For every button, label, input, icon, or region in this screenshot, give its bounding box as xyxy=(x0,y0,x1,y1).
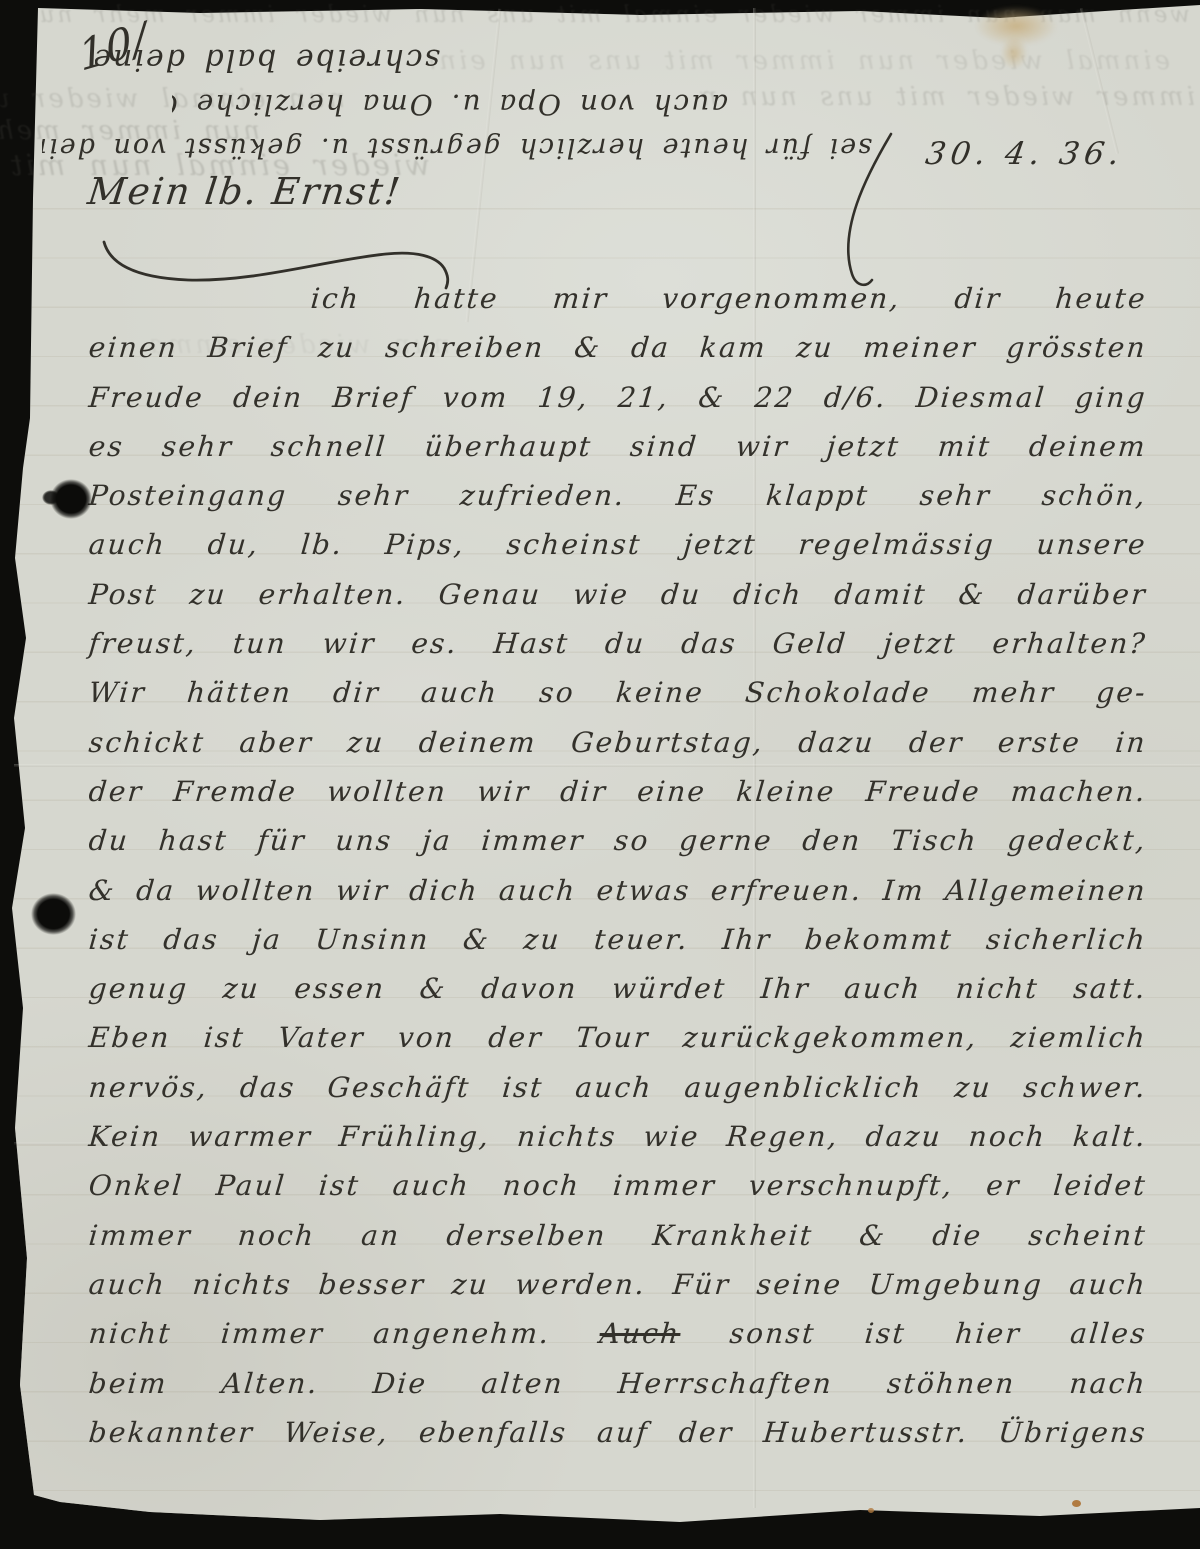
punch-hole-top-tear xyxy=(42,490,60,505)
inverted-closing-line-long: sei für heute herzlich gegrüsst u. geküs… xyxy=(42,132,872,163)
body-line: Post zu erhalten. Genau wie du dich dami… xyxy=(86,578,1148,627)
body-line: auch nichts besser zu werden. Für seine … xyxy=(86,1268,1148,1317)
ghost-text: einmal wieder nun immer mit uns nun einm… xyxy=(430,46,1170,76)
body-line: beim Alten. Die alten Herrschaften stöhn… xyxy=(86,1367,1148,1416)
salutation: Mein lb. Ernst! xyxy=(85,170,404,213)
body-line: freust, tun wir es. Hast du das Geld jet… xyxy=(86,627,1148,676)
body-line: nervös, das Geschäft ist auch augenblick… xyxy=(86,1071,1148,1120)
body-line-with-strikethrough: nicht immer angenehm. Auch sonst ist hie… xyxy=(86,1317,1148,1366)
body-line: es sehr schnell überhaupt sind wir jetzt… xyxy=(86,430,1148,479)
body-line: einen Brief zu schreiben & da kam zu mei… xyxy=(86,331,1148,380)
body-line: ist das ja Unsinn & zu teuer. Ihr bekomm… xyxy=(86,923,1148,972)
paper-stain-tail xyxy=(1000,36,1028,70)
scan-background: { "scan": { "background_color": "#0d0d0b… xyxy=(0,0,1200,1549)
body-line: Kein warmer Frühling, nichts wie Regen, … xyxy=(86,1120,1148,1169)
body-line-text: nicht immer angenehm. xyxy=(87,1317,601,1350)
inverted-closing-line-mid: auch von Opa u. Oma herzliche Grüsse xyxy=(172,88,728,121)
body-line: du hast für uns ja immer so gerne den Ti… xyxy=(86,824,1148,873)
body-line: der Fremde wollten wir dir eine kleine F… xyxy=(86,775,1148,824)
body-line: Eben ist Vater von der Tour zurückgekomm… xyxy=(86,1021,1148,1070)
rust-speck xyxy=(1072,1500,1081,1507)
rust-speck xyxy=(868,1508,874,1513)
body-line: Onkel Paul ist auch noch immer verschnup… xyxy=(86,1169,1148,1218)
body-line: & da wollten wir dich auch etwas erfreue… xyxy=(86,874,1148,923)
letter-date: 30. 4. 36. xyxy=(923,136,1127,172)
ghost-text: immer wieder mit uns nun mehr xyxy=(700,82,1195,112)
letter-body: ich hatte mir vorgenommen, dir heute ein… xyxy=(86,282,1144,1465)
body-line: Wir hätten dir auch so keine Schokolade … xyxy=(86,676,1148,725)
inverted-closing-line-short: schreibe bald deiner Mama xyxy=(95,42,440,77)
body-line: Posteingang sehr zufrieden. Es klappt se… xyxy=(86,479,1148,528)
body-line: genug zu essen & davon würdet Ihr auch n… xyxy=(86,972,1148,1021)
body-line-text: sonst ist hier alles xyxy=(679,1317,1148,1350)
body-line: ich hatte mir vorgenommen, dir heute xyxy=(86,282,1148,331)
body-line: Freude dein Brief vom 19, 21, & 22 d/6. … xyxy=(86,381,1148,430)
body-line: immer noch an derselben Krankheit & die … xyxy=(86,1219,1148,1268)
punch-hole-bottom xyxy=(31,893,76,935)
struck-out-word: Auch xyxy=(598,1317,682,1350)
body-line: auch du, lb. Pips, scheinst jetzt regelm… xyxy=(86,528,1148,577)
body-line: schickt aber zu deinem Geburtstag, dazu … xyxy=(86,726,1148,775)
body-line: bekannter Weise, ebenfalls auf der Huber… xyxy=(86,1416,1148,1465)
pen-flourish-descender xyxy=(796,126,916,296)
